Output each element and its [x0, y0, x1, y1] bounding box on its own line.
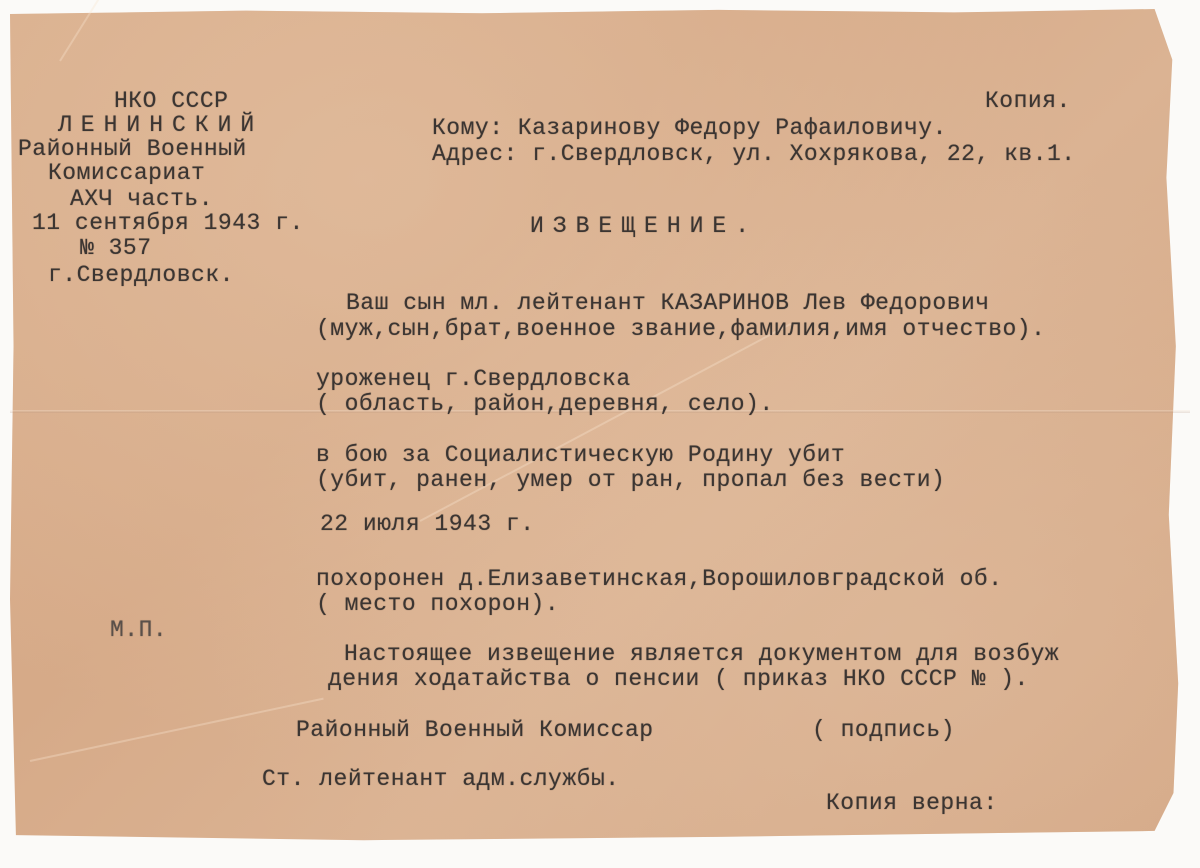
- document-heading: ИЗВЕЩЕНИЕ.: [530, 213, 758, 239]
- issuer-city: г.Свердловск.: [48, 262, 234, 288]
- issuer-line-2: ЛЕНИНСКИЙ: [58, 112, 263, 138]
- soldier-hint: (муж,сын,брат,военное звание,фамилия,имя…: [316, 316, 1045, 342]
- issuer-line-1: НКО СССР: [114, 88, 228, 114]
- commissar-title: Районный Военный Комиссар: [296, 717, 654, 743]
- recipient-name: Кому: Казаринову Федору Рафаиловичу.: [432, 115, 947, 141]
- issuer-line-5: АХЧ часть.: [70, 186, 213, 212]
- commissar-rank: Ст. лейтенант адм.службы.: [262, 766, 620, 792]
- birthplace-hint: ( область, район,деревня, село).: [316, 391, 774, 417]
- birthplace-line: уроженец г.Свердловска: [316, 366, 631, 392]
- copy-certified: Копия верна:: [826, 790, 998, 816]
- notice-line-2: дения ходатайства о пенсии ( приказ НКО …: [328, 666, 1029, 692]
- fate-line: в бою за Социалистическую Родину убит: [316, 442, 845, 468]
- document-number: № 357: [80, 235, 152, 261]
- fate-hint: (убит, ранен, умер от ран, пропал без ве…: [316, 467, 945, 493]
- issue-date: 11 сентября 1943 г.: [32, 210, 304, 236]
- stamp-place: М.П.: [110, 617, 167, 643]
- signature-hint: ( подпись): [812, 717, 955, 743]
- soldier-line: Ваш сын мл. лейтенант КАЗАРИНОВ Лев Федо…: [346, 290, 990, 316]
- issuer-line-4: Комиссариат: [48, 160, 205, 186]
- recipient-address: Адрес: г.Свердловск, ул. Хохрякова, 22, …: [432, 141, 1076, 167]
- copy-mark: Копия.: [985, 88, 1071, 114]
- issuer-line-3: Районный Военный: [18, 136, 247, 162]
- notice-line-1: Настоящее извещение является документом …: [344, 641, 1059, 667]
- burial-hint: ( место похорон).: [316, 591, 559, 617]
- burial-line: похоронен д.Елизаветинская,Ворошиловград…: [316, 566, 1003, 592]
- death-date: 22 июля 1943 г.: [320, 511, 535, 537]
